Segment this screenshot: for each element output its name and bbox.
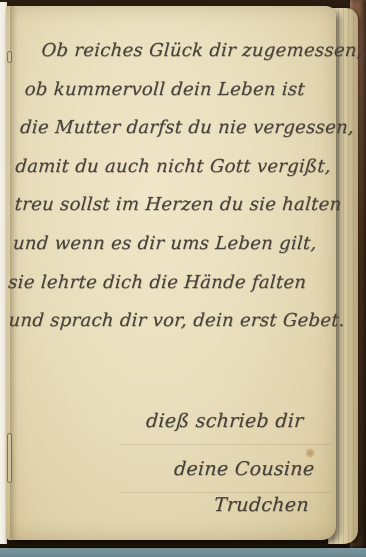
faint-guideline — [121, 492, 331, 493]
poem-line: Ob reiches Glück dir zugemessen, — [40, 32, 343, 71]
signature-name: Trudchen — [213, 494, 309, 516]
dedication-line: deine Cousine — [173, 458, 315, 480]
poem-line: ob kummervoll dein Leben ist — [23, 71, 340, 110]
scanned-album-photo: Ob reiches Glück dir zugemessen, ob kumm… — [0, 0, 366, 557]
poem-text: Ob reiches Glück dir zugemessen, ob kumm… — [3, 32, 343, 341]
poem-line: und sprach dir vor, dein erst Gebet. — [7, 302, 324, 341]
binding-stitch — [8, 434, 11, 482]
table-surface — [0, 548, 366, 557]
poem-line: sie lehrte dich die Hände falten — [7, 264, 327, 303]
album-page: Ob reiches Glück dir zugemessen, ob kumm… — [6, 6, 336, 540]
poem-line: treu sollst im Herzen du sie halten — [13, 186, 332, 225]
paper-stain — [305, 448, 315, 458]
faint-guideline — [121, 444, 331, 445]
dedication-line: dieß schrieb dir — [145, 410, 304, 432]
poem-line: die Mutter darfst du nie vergessen, — [19, 109, 338, 148]
binding-stitch — [8, 52, 11, 62]
poem-line: damit du auch nicht Gott vergißt, — [14, 148, 335, 187]
poem-line: und wenn es dir ums Leben gilt, — [12, 225, 330, 264]
